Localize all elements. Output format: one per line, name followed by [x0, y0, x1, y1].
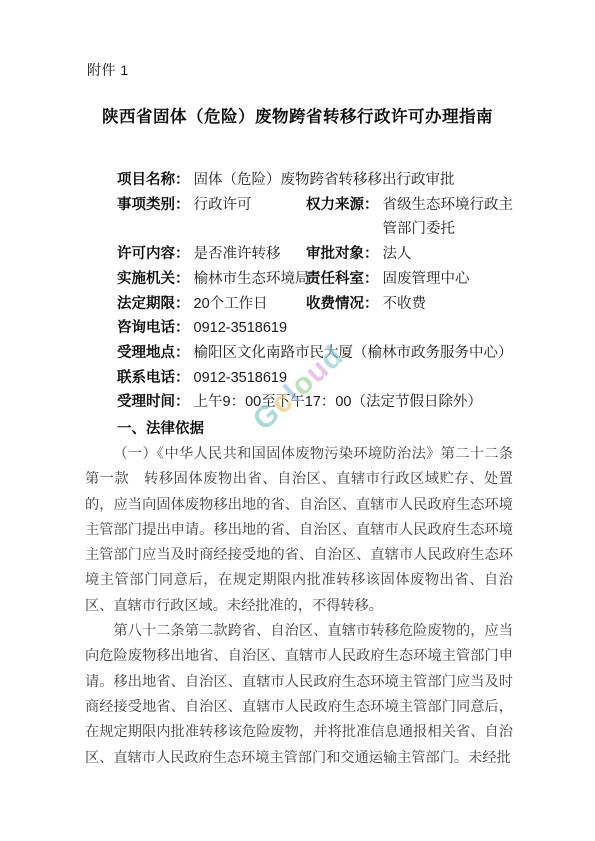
- field-row-permit-content: 许可内容：是否准许转移 审批对象：法人: [117, 242, 515, 267]
- field-label: 实施机关：: [117, 271, 190, 287]
- field-row-consult-phone: 咨询电话：0912-3518619: [117, 316, 515, 341]
- legal-section: 一、法律依据 （一）《中华人民共和国固体废物污染环境防治法》第二十二条第一款 转…: [85, 416, 513, 771]
- document-page: 附件 1 陕西省固体（危险）废物跨省转移行政许可办理指南 项目名称：固体（危险）…: [0, 0, 595, 841]
- legal-paragraph: （一）《中华人民共和国固体废物污染环境防治法》第二十二条第一款 转移固体废物出省…: [85, 442, 513, 619]
- field-value: 榆林市生态环境局: [194, 271, 310, 287]
- field-value: 法人: [383, 242, 519, 267]
- field-row-location: 受理地点：榆阳区文化南路市民大厦（榆林市政务服务中心）: [117, 341, 515, 366]
- field-row-contact-phone: 联系电话：0912-3518619: [117, 366, 515, 391]
- field-label: 咨询电话：: [117, 320, 190, 336]
- field-value: 0912-3518619: [194, 320, 288, 336]
- field-label: 审批对象：: [306, 242, 379, 267]
- field-label: 权力来源：: [306, 193, 379, 218]
- info-fields: 项目名称：固体（危险）废物跨省转移移出行政审批 事项类别：行政许可 权力来源：省…: [117, 168, 515, 415]
- legal-heading: 一、法律依据: [85, 416, 513, 442]
- field-col2: 权力来源：省级生态环境行政主管部门委托: [306, 193, 518, 242]
- field-value: 省级生态环境行政主管部门委托: [383, 193, 519, 242]
- field-value: 上午9：00至下午17：00（法定节假日除外）: [194, 394, 482, 410]
- field-label: 项目名称：: [117, 172, 190, 188]
- field-value: 是否准许转移: [194, 246, 281, 262]
- field-label: 联系电话：: [117, 370, 190, 386]
- field-col2: 收费情况：不收费: [306, 292, 518, 317]
- field-row-project-name: 项目名称：固体（危险）废物跨省转移移出行政审批: [117, 168, 515, 193]
- field-value: 行政许可: [194, 197, 252, 213]
- attachment-label: 附件 1: [87, 60, 129, 80]
- field-value: 20个工作日: [194, 296, 268, 312]
- field-label: 责任科室：: [306, 267, 379, 292]
- field-col2: 责任科室：固废管理中心: [306, 267, 518, 292]
- field-label: 受理地点：: [117, 345, 190, 361]
- field-row-category: 事项类别：行政许可 权力来源：省级生态环境行政主管部门委托: [117, 193, 515, 242]
- document-title: 陕西省固体（危险）废物跨省转移行政许可办理指南: [0, 103, 595, 127]
- field-value: 固废管理中心: [383, 267, 519, 292]
- field-col2: 审批对象：法人: [306, 242, 518, 267]
- field-value: 不收费: [383, 292, 519, 317]
- field-label: 许可内容：: [117, 246, 190, 262]
- field-label: 事项类别：: [117, 197, 190, 213]
- field-label: 受理时间：: [117, 394, 190, 410]
- field-label: 收费情况：: [306, 292, 379, 317]
- legal-paragraph: 第八十二条第二款跨省、自治区、直辖市转移危险废物的，应当向危险废物移出地省、自治…: [85, 619, 513, 771]
- field-row-deadline: 法定期限：20个工作日 收费情况：不收费: [117, 292, 515, 317]
- field-label: 法定期限：: [117, 296, 190, 312]
- field-value: 0912-3518619: [194, 370, 288, 386]
- field-value: 固体（危险）废物跨省转移移出行政审批: [194, 172, 455, 188]
- field-row-hours: 受理时间：上午9：00至下午17：00（法定节假日除外）: [117, 390, 515, 415]
- field-value: 榆阳区文化南路市民大厦（榆林市政务服务中心）: [194, 345, 513, 361]
- field-row-agency: 实施机关：榆林市生态环境局 责任科室：固废管理中心: [117, 267, 515, 292]
